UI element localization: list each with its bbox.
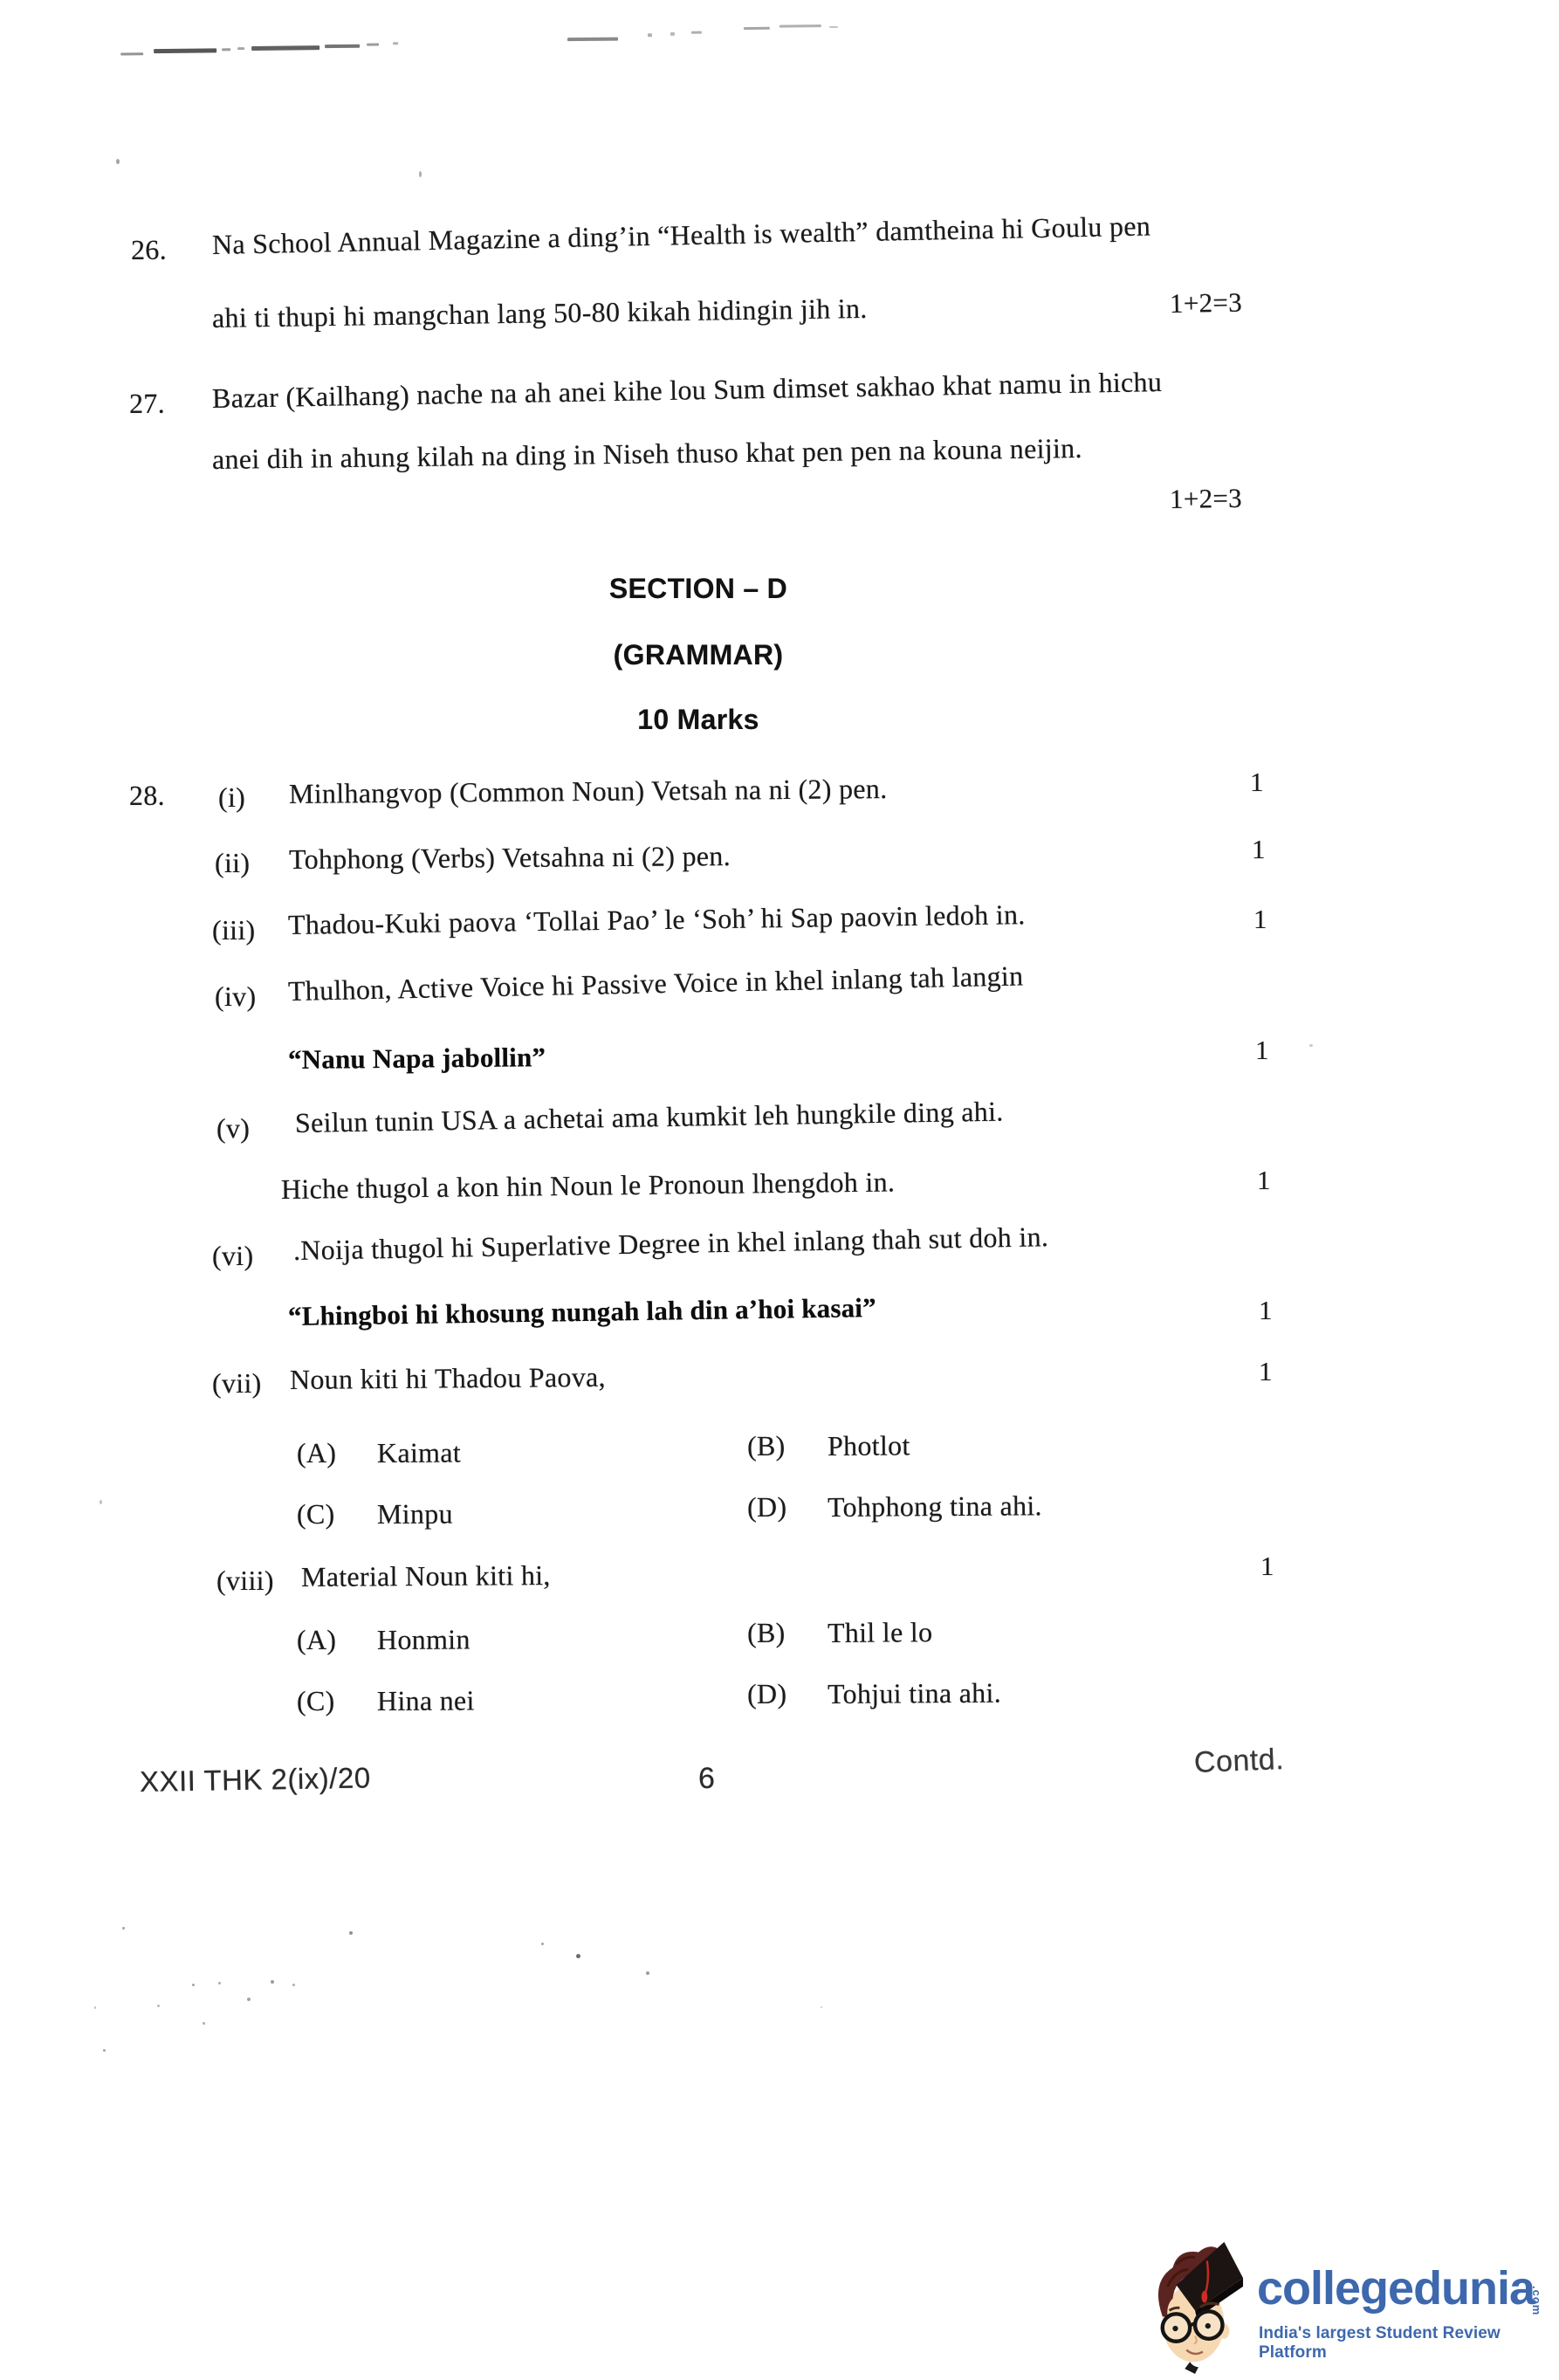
scan-speck bbox=[192, 1984, 195, 1986]
q28-item-i-mark: 1 bbox=[1250, 767, 1264, 798]
q28-item-iv-label: (iv) bbox=[215, 980, 256, 1013]
exam-paper-page: 26. Na School Annual Magazine a ding’in … bbox=[0, 0, 1559, 2380]
q27-marks: 1+2=3 bbox=[1170, 483, 1242, 515]
scan-speck bbox=[576, 1954, 580, 1958]
collegedunia-logo: collegedunia .com India's largest Studen… bbox=[1149, 2200, 1559, 2380]
scan-speck bbox=[247, 1998, 251, 2001]
q28-item-vii-label: (vii) bbox=[212, 1367, 262, 1400]
collegedunia-tld-text: .com bbox=[1530, 2286, 1543, 2315]
q28-vii-option-b-label: (B) bbox=[747, 1430, 786, 1462]
q27-line2: anei dih in ahung kilah na ding in Niseh… bbox=[212, 432, 1082, 476]
scan-dash bbox=[648, 33, 652, 37]
scan-speck bbox=[1309, 1044, 1313, 1047]
q28-vii-option-c-text: Minpu bbox=[377, 1498, 453, 1530]
q28-viii-option-b-label: (B) bbox=[747, 1617, 786, 1649]
q28-item-iii-text: Thadou-Kuki paova ‘Tollai Pao’ le ‘Soh’ … bbox=[288, 898, 1026, 941]
q28-item-i-text: Minlhangvop (Common Noun) Vetsah na ni (… bbox=[289, 773, 888, 810]
q27-line1: Bazar (Kailhang) nache na ah anei kihe l… bbox=[212, 366, 1163, 415]
scan-speck bbox=[821, 2006, 822, 2008]
q28-vii-option-c-label: (C) bbox=[297, 1498, 335, 1530]
q28-item-ii-text: Tohphong (Verbs) Vetsahna ni (2) pen. bbox=[289, 840, 731, 876]
scan-dash bbox=[779, 24, 821, 28]
q28-vii-option-d-text: Tohphong tina ahi. bbox=[828, 1489, 1042, 1524]
q26-line2: ahi ti thupi hi mangchan lang 50-80 kika… bbox=[212, 292, 868, 334]
q28-viii-option-c-text: Hina nei bbox=[377, 1684, 475, 1717]
scan-dash bbox=[237, 47, 244, 50]
scan-speck bbox=[100, 1500, 102, 1504]
q26-marks: 1+2=3 bbox=[1170, 287, 1243, 320]
scan-speck bbox=[541, 1943, 544, 1945]
section-title: SECTION – D bbox=[0, 573, 1397, 605]
q28-item-vi-quote: “Lhingboi hi khosung nungah lah din a’ho… bbox=[288, 1292, 876, 1332]
q28-item-ii-mark: 1 bbox=[1252, 834, 1266, 865]
q28-item-vi-label: (vi) bbox=[212, 1240, 253, 1272]
scan-speck bbox=[94, 2006, 96, 2009]
scan-dash bbox=[367, 43, 379, 45]
scan-dash bbox=[691, 31, 702, 34]
scan-artifact-top bbox=[0, 0, 960, 79]
q28-item-iii-label: (iii) bbox=[212, 914, 255, 946]
footer-paper-code: XXII THK 2(ix)/20 bbox=[140, 1761, 371, 1799]
q28-number: 28. bbox=[129, 780, 165, 812]
footer-page-number: 6 bbox=[698, 1762, 715, 1796]
q28-viii-option-d-text: Tohjui tina ahi. bbox=[828, 1677, 1001, 1710]
q28-item-vi-mark: 1 bbox=[1259, 1295, 1273, 1326]
q28-item-vi-text: .Noija thugol hi Superlative Degree in k… bbox=[293, 1221, 1049, 1267]
scan-dash bbox=[744, 27, 770, 30]
scan-dash bbox=[251, 45, 319, 51]
q28-item-ii-label: (ii) bbox=[215, 847, 250, 879]
q28-item-i-label: (i) bbox=[218, 781, 245, 814]
q28-viii-option-a-text: Honmin bbox=[377, 1623, 470, 1656]
q28-item-iv-mark: 1 bbox=[1255, 1035, 1269, 1066]
scan-speck bbox=[218, 1982, 221, 1984]
scan-dash bbox=[325, 45, 360, 48]
scan-dash bbox=[670, 32, 675, 36]
scan-dash bbox=[567, 38, 618, 42]
section-total-marks: 10 Marks bbox=[0, 704, 1397, 736]
q28-viii-option-d-label: (D) bbox=[747, 1678, 787, 1710]
q27-number: 27. bbox=[129, 388, 165, 420]
q28-vii-option-a-text: Kaimat bbox=[377, 1436, 461, 1469]
scan-speck bbox=[271, 1980, 274, 1984]
scan-speck bbox=[203, 2022, 205, 2025]
q28-item-viii-label: (viii) bbox=[216, 1565, 274, 1597]
q28-item-v-text2: Hiche thugol a kon hin Noun le Pronoun l… bbox=[281, 1166, 896, 1206]
q26-number: 26. bbox=[131, 234, 167, 266]
scan-dash bbox=[154, 48, 216, 53]
q28-item-v-text: Seilun tunin USA a achetai ama kumkit le… bbox=[295, 1096, 1004, 1139]
q28-item-vii-mark: 1 bbox=[1259, 1356, 1273, 1387]
section-subtitle: (GRAMMAR) bbox=[0, 639, 1397, 671]
q28-item-vii-text: Noun kiti hi Thadou Paova, bbox=[290, 1361, 606, 1396]
scan-speck bbox=[646, 1971, 649, 1975]
q28-viii-option-a-label: (A) bbox=[297, 1624, 337, 1656]
q28-item-viii-mark: 1 bbox=[1260, 1551, 1274, 1582]
q28-vii-option-d-label: (D) bbox=[747, 1491, 787, 1524]
footer-contd: Contd. bbox=[1193, 1743, 1285, 1780]
scan-dash bbox=[120, 52, 143, 55]
scan-speck bbox=[349, 1931, 353, 1935]
collegedunia-brand-text: collegedunia bbox=[1257, 2261, 1535, 2315]
q26-line1: Na School Annual Magazine a ding’in “Hea… bbox=[212, 210, 1151, 261]
scan-speck bbox=[292, 1984, 295, 1986]
q28-vii-option-b-text: Photlot bbox=[828, 1429, 910, 1462]
q28-item-iv-quote: “Nanu Napa jabollin” bbox=[288, 1042, 546, 1076]
q28-item-iii-mark: 1 bbox=[1253, 904, 1267, 935]
q28-viii-option-b-text: Thil le lo bbox=[828, 1616, 933, 1649]
collegedunia-mascot-icon bbox=[1150, 2232, 1245, 2380]
q28-item-iv-text: Thulhon, Active Voice hi Passive Voice i… bbox=[288, 960, 1024, 1008]
q28-item-v-mark: 1 bbox=[1257, 1165, 1271, 1196]
scan-dash bbox=[222, 48, 230, 51]
q28-vii-option-a-label: (A) bbox=[297, 1437, 337, 1469]
scan-speck bbox=[157, 2005, 160, 2007]
scan-speck bbox=[419, 171, 422, 177]
scan-speck bbox=[116, 159, 120, 164]
scan-dash bbox=[393, 42, 398, 45]
scan-dash bbox=[829, 26, 838, 28]
q28-viii-option-c-label: (C) bbox=[297, 1685, 335, 1717]
q28-item-v-label: (v) bbox=[216, 1112, 250, 1145]
q28-item-viii-text: Material Noun kiti hi, bbox=[301, 1559, 551, 1593]
scan-speck bbox=[103, 2049, 106, 2052]
scan-speck bbox=[122, 1927, 125, 1929]
collegedunia-tagline: India's largest Student Review Platform bbox=[1259, 2324, 1559, 2363]
